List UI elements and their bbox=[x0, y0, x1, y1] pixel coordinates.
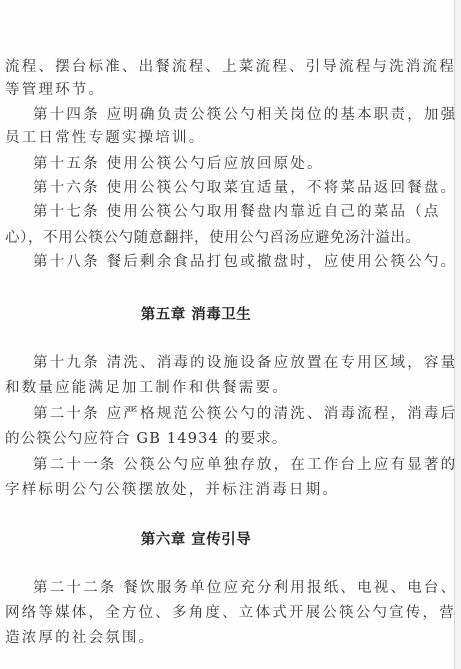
article-15: 第十五条 使用公筷公勺后应放回原处。 bbox=[33, 155, 433, 173]
paragraph-line: 的公筷公勺应符合 GB 14934 的要求。 bbox=[5, 430, 405, 448]
article-14: 第十四条 应明确负责公筷公勺相关岗位的基本职责，加强 bbox=[33, 106, 433, 124]
article-18: 第十八条 餐后剩余食品打包或撤盘时，应使用公筷公勺。 bbox=[33, 253, 433, 271]
paragraph-line: 和数量应能满足加工制作和供餐需要。 bbox=[5, 379, 405, 397]
paragraph-line: 心），不用公筷公勺随意翻拌，使用公勺舀汤应避免汤汁溢出。 bbox=[5, 229, 405, 247]
paragraph-line: 员工日常性专题实操培训。 bbox=[5, 129, 405, 147]
article-21: 第二十一条 公筷公勺应单独存放，在工作台上应有显著的 bbox=[33, 456, 433, 474]
article-22: 第二十二条 餐饮服务单位应充分利用报纸、电视、电台、 bbox=[33, 579, 433, 597]
article-20: 第二十条 应严格规范公筷公勺的清洗、消毒流程，消毒后 bbox=[33, 405, 433, 423]
paragraph-line: 字样标明公勺公筷摆放处，并标注消毒日期。 bbox=[5, 481, 405, 499]
paragraph-line: 网络等媒体，全方位、多角度、立体式开展公筷公勺宣传，营 bbox=[5, 604, 405, 622]
chapter-6-heading: 第六章 宣传引导 bbox=[0, 531, 392, 549]
paragraph-line: 造浓厚的社会氛围。 bbox=[5, 629, 405, 647]
paragraph-line: 等管理环节。 bbox=[5, 81, 405, 99]
chapter-5-heading: 第五章 消毒卫生 bbox=[0, 306, 392, 324]
document-page: 流程、摆台标准、出餐流程、上菜流程、引导流程与洗消流程 等管理环节。 第十四条 … bbox=[0, 0, 455, 669]
article-19: 第十九条 清洗、消毒的设施设备应放置在专用区域，容量 bbox=[33, 354, 433, 372]
article-16: 第十六条 使用公筷公勺取菜宜适量，不将菜品返回餐盘。 bbox=[33, 179, 433, 197]
article-17: 第十七条 使用公筷公勺取用餐盘内靠近自己的菜品（点 bbox=[33, 203, 433, 221]
paragraph-line: 流程、摆台标准、出餐流程、上菜流程、引导流程与洗消流程 bbox=[5, 58, 405, 76]
page-gutter bbox=[455, 0, 461, 669]
